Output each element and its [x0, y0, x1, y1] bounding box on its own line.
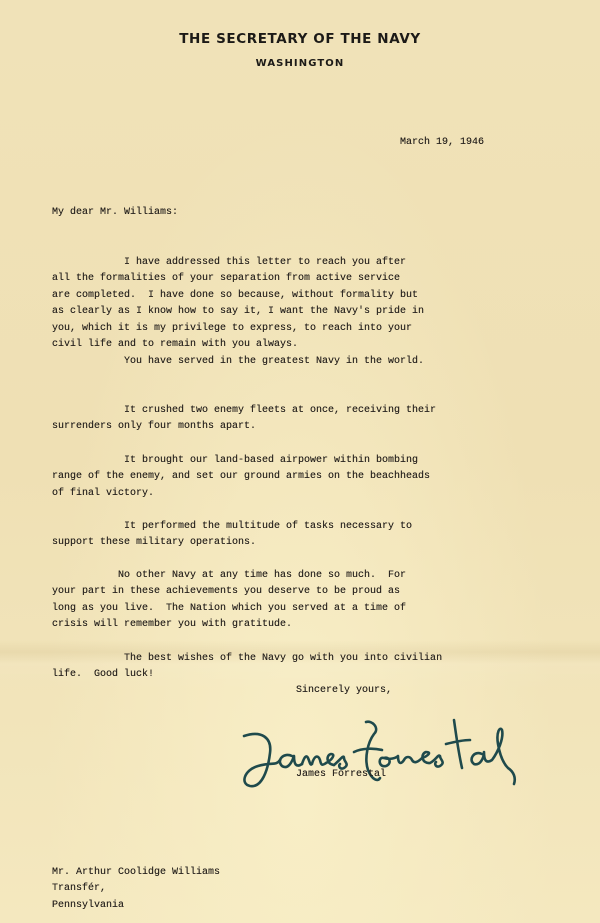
letterhead-title: THE SECRETARY OF THE NAVY	[0, 31, 600, 47]
text-line: life. Good luck!	[52, 667, 442, 684]
address-line: Pennsylvania	[52, 898, 220, 915]
paragraph-2: You have served in the greatest Navy in …	[52, 337, 424, 387]
text-line: all the formalities of your separation f…	[52, 271, 424, 288]
text-line: It brought our land-based airpower withi…	[52, 453, 430, 470]
handwritten-signature	[232, 708, 552, 798]
text-line: support these military operations.	[52, 535, 412, 552]
salutation: My dear Mr. Williams:	[52, 205, 178, 222]
text-line: The best wishes of the Navy go with you …	[52, 651, 442, 668]
letter-date: March 19, 1946	[400, 135, 484, 152]
address-line: Mr. Arthur Coolidge Williams	[52, 865, 220, 882]
text-line: of final victory.	[52, 486, 430, 503]
text-line: as clearly as I know how to say it, I wa…	[52, 304, 424, 321]
text-line: are completed. I have done so because, w…	[52, 288, 424, 305]
closing: Sincerely yours,	[296, 683, 392, 700]
signatory-name: James Forrestal	[296, 767, 386, 784]
text-line: long as you live. The Nation which you s…	[52, 601, 406, 618]
text-line: You have served in the greatest Navy in …	[52, 354, 424, 371]
recipient-address: Mr. Arthur Coolidge WilliamsTransfér,Pen…	[52, 848, 220, 923]
text-line: your part in these achievements you dese…	[52, 584, 406, 601]
address-line: Transfér,	[52, 881, 220, 898]
text-line: crisis will remember you with gratitude.	[52, 617, 406, 634]
text-line: surrenders only four months apart.	[52, 419, 436, 436]
text-line: No other Navy at any time has done so mu…	[52, 568, 406, 585]
text-line: range of the enemy, and set our ground a…	[52, 469, 430, 486]
text-line: I have addressed this letter to reach yo…	[52, 255, 424, 272]
text-line: you, which it is my privilege to express…	[52, 321, 424, 338]
text-line: It crushed two enemy fleets at once, rec…	[52, 403, 436, 420]
text-line: It performed the multitude of tasks nece…	[52, 519, 412, 536]
letterhead-location: WASHINGTON	[0, 58, 600, 69]
